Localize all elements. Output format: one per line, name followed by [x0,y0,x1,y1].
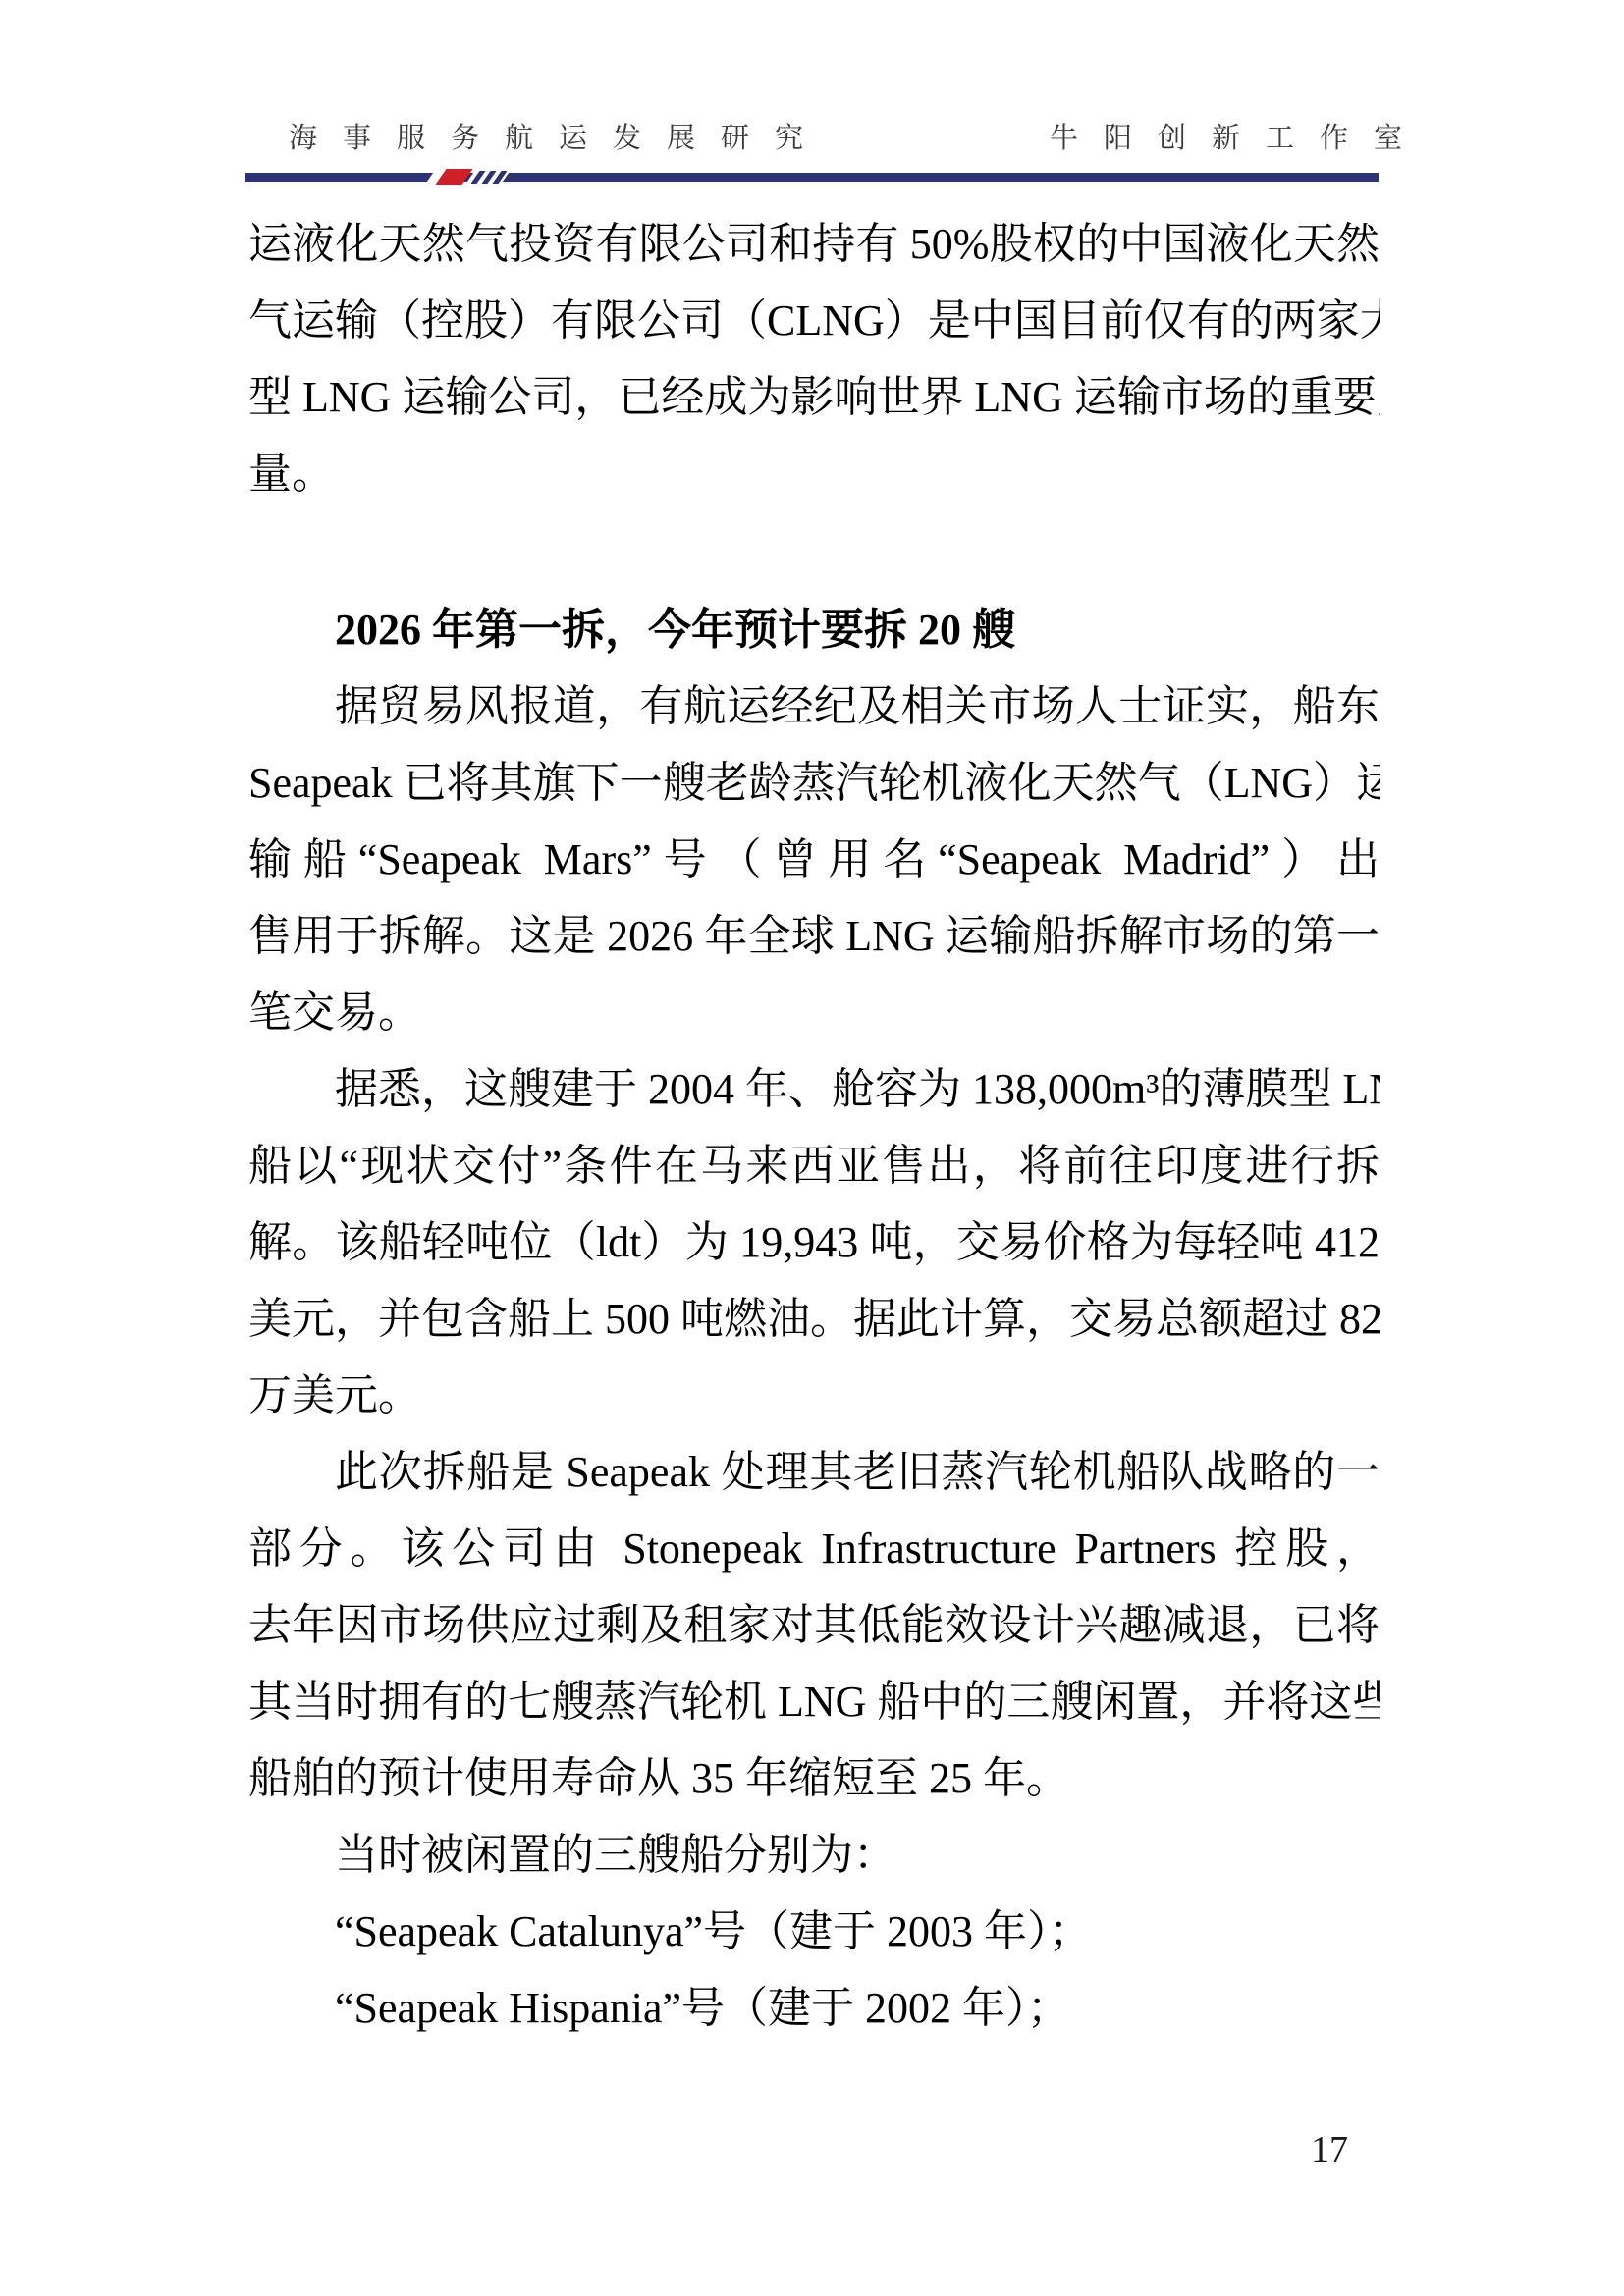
text-line: 运液化天然气投资有限公司和持有 50%股权的中国液化天然 [248,206,1380,283]
page: 海事服务航运发展研究 牛阳创新工作室 运液化天然气投资有限公司和持有 50%股权… [0,0,1624,2296]
text-line: 美元，并包含船上 500 吨燃油。据此计算，交易总额超过 820 [248,1281,1380,1358]
text-line: 据贸易风报道，有航运经纪及相关市场人士证实，船东 [248,668,1380,745]
text-line: 据悉，这艘建于 2004 年、舱容为 138,000m³的薄膜型 LNG [248,1051,1380,1128]
text-line: 气运输（控股）有限公司（CLNG）是中国目前仅有的两家大 [248,283,1380,359]
text-line: 量。 [248,436,1380,512]
text-line: 笔交易。 [248,975,1380,1051]
text-line: 船舶的预计使用寿命从 35 年缩短至 25 年。 [248,1740,1380,1817]
text-line: “Seapeak Catalunya”号（建于 2003 年）； [248,1894,1380,1970]
page-number: 17 [1311,2128,1348,2171]
text-line: 售用于拆解。这是 2026 年全球 LNG 运输船拆解市场的第一 [248,898,1380,975]
text-line: 部分。该公司由 Stonepeak Infrastructure Partner… [248,1511,1380,1587]
text-line: 当时被闲置的三艘船分别为： [248,1817,1380,1894]
text-line: 输船“Seapeak Mars”号（曾用名“Seapeak Madrid”）出 [248,822,1380,898]
header-rule [245,173,1379,182]
text-line: Seapeak 已将其旗下一艘老龄蒸汽轮机液化天然气（LNG）运 [248,745,1380,822]
text-line: 型 LNG 运输公司，已经成为影响世界 LNG 运输市场的重要力 [248,359,1380,436]
document-body: 运液化天然气投资有限公司和持有 50%股权的中国液化天然气运输（控股）有限公司（… [248,206,1380,2047]
text-line: “Seapeak Hispania”号（建于 2002 年）； [248,1970,1380,2047]
section-heading: 2026 年第一拆，今年预计要拆 20 艘 [248,592,1380,668]
text-line: 解。该船轻吨位（ldt）为 19,943 吨，交易价格为每轻吨 412 [248,1204,1380,1281]
text-line: 其当时拥有的七艘蒸汽轮机 LNG 船中的三艘闲置，并将这些 [248,1664,1380,1740]
header-right-title: 牛阳创新工作室 [1050,116,1428,156]
text-line: 万美元。 [248,1358,1380,1434]
header-left-title: 海事服务航运发展研究 [289,116,829,156]
text-line: 船以“现状交付”条件在马来西亚售出，将前往印度进行拆 [248,1128,1380,1204]
text-line: 此次拆船是 Seapeak 处理其老旧蒸汽轮机船队战略的一 [248,1434,1380,1511]
text-line: 去年因市场供应过剩及租家对其低能效设计兴趣减退，已将 [248,1587,1380,1664]
